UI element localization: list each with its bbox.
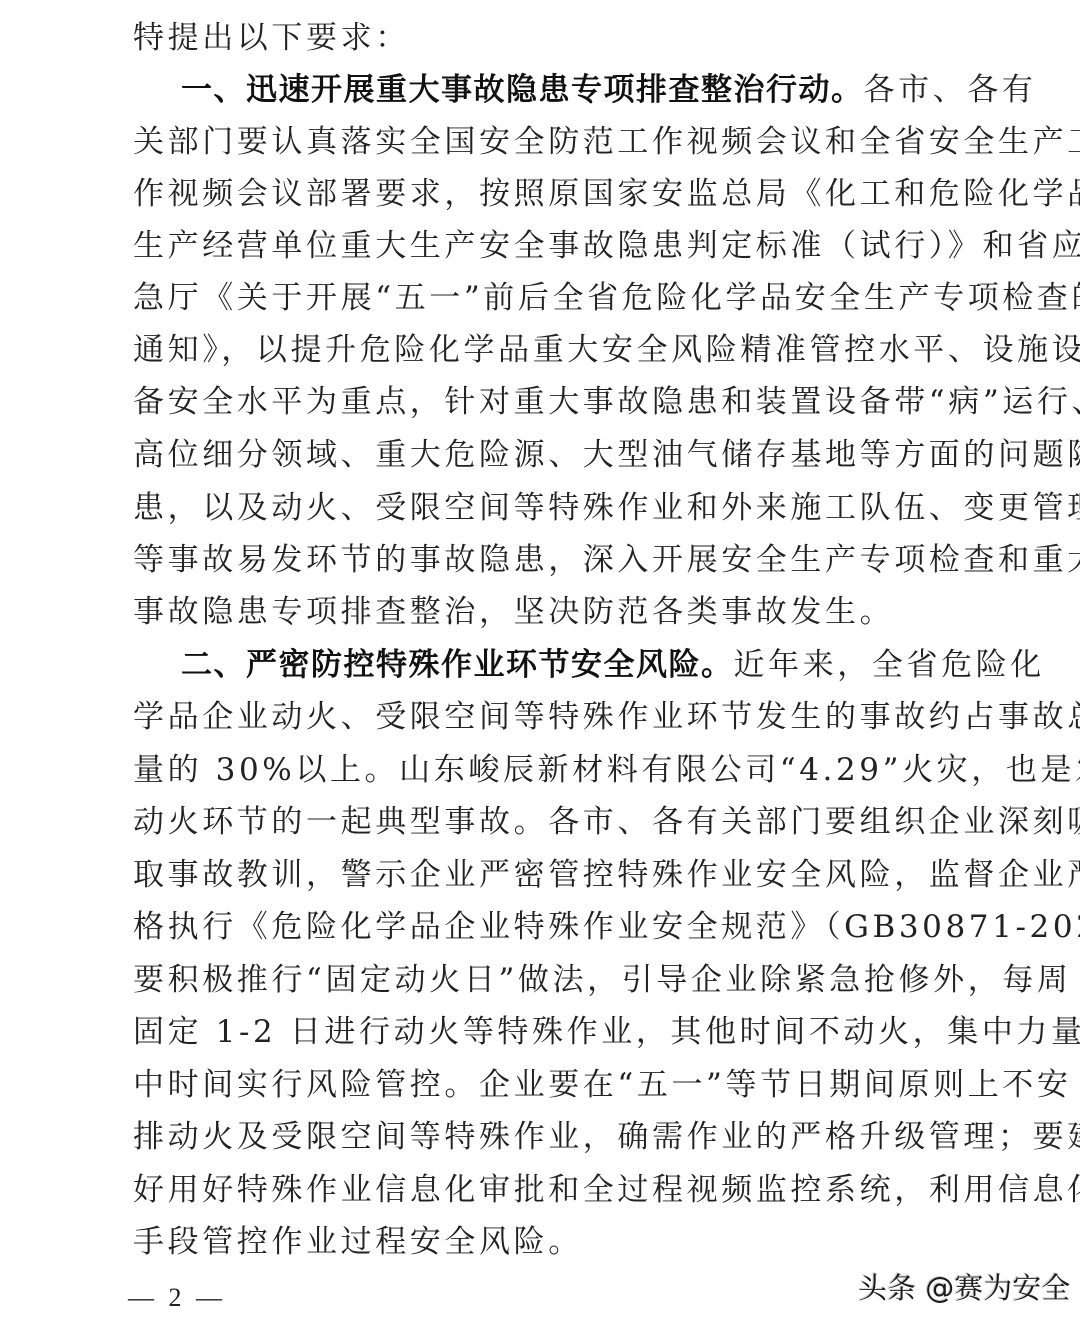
section-2-line: 手段管控作业过程安全风险。 [133, 1216, 953, 1268]
section-2-line: 要积极推行“固定动火日”做法，引导企业除紧急抢修外，每周 [133, 954, 953, 1006]
section-2-line: 取事故教训，警示企业严密管控特殊作业安全风险，监督企业严 [133, 849, 953, 901]
section-1-line: 备安全水平为重点，针对重大事故隐患和装置设备带“病”运行、 [133, 376, 953, 428]
section-1-line: 生产经营单位重大生产安全事故隐患判定标准（试行）》和省应 [133, 220, 953, 272]
section-1-line: 事故隐患专项排查整治，坚决防范各类事故发生。 [133, 586, 953, 638]
section-1-line: 急厅《关于开展“五一”前后全省危险化学品安全生产专项检查的 [133, 272, 953, 324]
watermark: 头条 @赛为安全 [858, 1266, 1070, 1307]
section-2-line: 好用好特殊作业信息化审批和全过程视频监控系统，利用信息化 [133, 1164, 953, 1216]
intro-line: 特提出以下要求： [133, 12, 953, 64]
section-1-line: 通知》，以提升危险化学品重大安全风险精准管控水平、设施设 [133, 324, 953, 376]
section-1-line: 作视频会议部署要求，按照原国家安监总局《化工和危险化学品 [133, 168, 953, 220]
section-1-line-0: 各市、各有 [864, 72, 1037, 108]
section-1-line: 高位细分领域、重大危险源、大型油气储存基地等方面的问题隐 [133, 429, 953, 481]
section-2-first-line: 二、严密防控特殊作业环节安全风险。近年来，全省危险化 [181, 639, 953, 691]
section-2-line: 动火环节的一起典型事故。各市、各有关部门要组织企业深刻吸 [133, 796, 953, 848]
section-2-line-0: 近年来，全省危险化 [734, 647, 1045, 683]
section-1-heading: 一、迅速开展重大事故隐患专项排查整治行动。 [181, 72, 864, 108]
document-page: 特提出以下要求： 一、迅速开展重大事故隐患专项排查整治行动。各市、各有 关部门要… [0, 0, 1080, 1324]
section-1-first-line: 一、迅速开展重大事故隐患专项排查整治行动。各市、各有 [181, 64, 953, 116]
section-1-line: 关部门要认真落实全国安全防范工作视频会议和全省安全生产工 [133, 116, 953, 168]
section-1-line: 等事故易发环节的事故隐患，深入开展安全生产专项检查和重大 [133, 534, 953, 586]
section-2-line: 量的 30%以上。山东峻辰新材料有限公司“4.29”火灾，也是发生在 [133, 744, 953, 796]
section-2-line: 固定 1-2 日进行动火等特殊作业，其他时间不动火，集中力量、集 [133, 1006, 953, 1058]
page-number: — 2 — [128, 1283, 226, 1313]
section-2-line: 中时间实行风险管控。企业要在“五一”等节日期间原则上不安 [133, 1059, 953, 1111]
section-2-line: 排动火及受限空间等特殊作业，确需作业的严格升级管理；要建 [133, 1111, 953, 1163]
section-2-line: 学品企业动火、受限空间等特殊作业环节发生的事故约占事故总 [133, 691, 953, 743]
section-2-heading: 二、严密防控特殊作业环节安全风险。 [181, 647, 734, 683]
section-2-line: 格执行《危险化学品企业特殊作业安全规范》（GB30871-2022）； [133, 901, 953, 953]
section-1-line: 患，以及动火、受限空间等特殊作业和外来施工队伍、变更管理 [133, 482, 953, 534]
